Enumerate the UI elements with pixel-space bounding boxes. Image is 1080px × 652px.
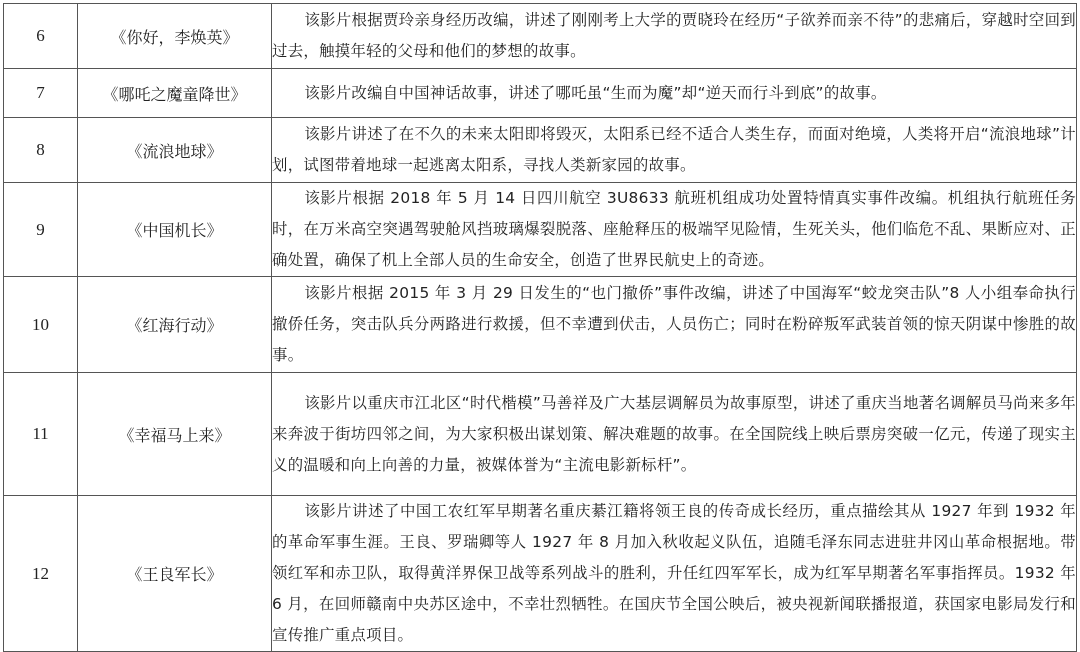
row-index: 11 <box>4 373 78 496</box>
film-description: 该影片讲述了中国工农红军早期著名重庆綦江籍将领王良的传奇成长经历，重点描绘其从 … <box>272 496 1077 652</box>
table-row: 7 《哪吒之魔童降世》 该影片改编自中国神话故事，讲述了哪吒虽“生而为魔”却“逆… <box>4 69 1077 118</box>
film-description: 该影片讲述了在不久的未来太阳即将毁灭，太阳系已经不适合人类生存，而面对绝境，人类… <box>272 118 1077 183</box>
description-text: 该影片根据 2015 年 3 月 29 日发生的“也门撤侨”事件改编，讲述了中国… <box>272 278 1076 371</box>
row-index: 8 <box>4 118 78 183</box>
film-description: 该影片改编自中国神话故事，讲述了哪吒虽“生而为魔”却“逆天而行斗到底”的故事。 <box>272 69 1077 118</box>
film-description: 该影片根据 2018 年 5 月 14 日四川航空 3U8633 航班机组成功处… <box>272 183 1077 277</box>
row-index: 10 <box>4 277 78 373</box>
description-text: 该影片改编自中国神话故事，讲述了哪吒虽“生而为魔”却“逆天而行斗到底”的故事。 <box>272 78 1076 109</box>
films-table: 6 《你好，李焕英》 该影片根据贾玲亲身经历改编，讲述了刚刚考上大学的贾晓玲在经… <box>3 3 1077 652</box>
film-title: 《王良军长》 <box>78 496 272 652</box>
table-row: 10 《红海行动》 该影片根据 2015 年 3 月 29 日发生的“也门撤侨”… <box>4 277 1077 373</box>
description-text: 该影片以重庆市江北区“时代楷模”马善祥及广大基层调解员为故事原型，讲述了重庆当地… <box>272 388 1076 481</box>
table-row: 12 《王良军长》 该影片讲述了中国工农红军早期著名重庆綦江籍将领王良的传奇成长… <box>4 496 1077 652</box>
description-text: 该影片讲述了在不久的未来太阳即将毁灭，太阳系已经不适合人类生存，而面对绝境，人类… <box>272 119 1076 181</box>
film-title: 《红海行动》 <box>78 277 272 373</box>
row-index: 9 <box>4 183 78 277</box>
film-title: 《中国机长》 <box>78 183 272 277</box>
film-title: 《流浪地球》 <box>78 118 272 183</box>
film-title: 《你好，李焕英》 <box>78 4 272 69</box>
table-row: 9 《中国机长》 该影片根据 2018 年 5 月 14 日四川航空 3U863… <box>4 183 1077 277</box>
table-row: 8 《流浪地球》 该影片讲述了在不久的未来太阳即将毁灭，太阳系已经不适合人类生存… <box>4 118 1077 183</box>
film-description: 该影片根据贾玲亲身经历改编，讲述了刚刚考上大学的贾晓玲在经历“子欲养而亲不待”的… <box>272 4 1077 69</box>
film-description: 该影片根据 2015 年 3 月 29 日发生的“也门撤侨”事件改编，讲述了中国… <box>272 277 1077 373</box>
row-index: 7 <box>4 69 78 118</box>
description-text: 该影片根据 2018 年 5 月 14 日四川航空 3U8633 航班机组成功处… <box>272 183 1076 276</box>
table-row: 11 《幸福马上来》 该影片以重庆市江北区“时代楷模”马善祥及广大基层调解员为故… <box>4 373 1077 496</box>
row-index: 12 <box>4 496 78 652</box>
film-title: 《哪吒之魔童降世》 <box>78 69 272 118</box>
film-description: 该影片以重庆市江北区“时代楷模”马善祥及广大基层调解员为故事原型，讲述了重庆当地… <box>272 373 1077 496</box>
film-title: 《幸福马上来》 <box>78 373 272 496</box>
description-text: 该影片根据贾玲亲身经历改编，讲述了刚刚考上大学的贾晓玲在经历“子欲养而亲不待”的… <box>272 5 1076 67</box>
description-text: 该影片讲述了中国工农红军早期著名重庆綦江籍将领王良的传奇成长经历，重点描绘其从 … <box>272 496 1076 651</box>
row-index: 6 <box>4 4 78 69</box>
table-row: 6 《你好，李焕英》 该影片根据贾玲亲身经历改编，讲述了刚刚考上大学的贾晓玲在经… <box>4 4 1077 69</box>
